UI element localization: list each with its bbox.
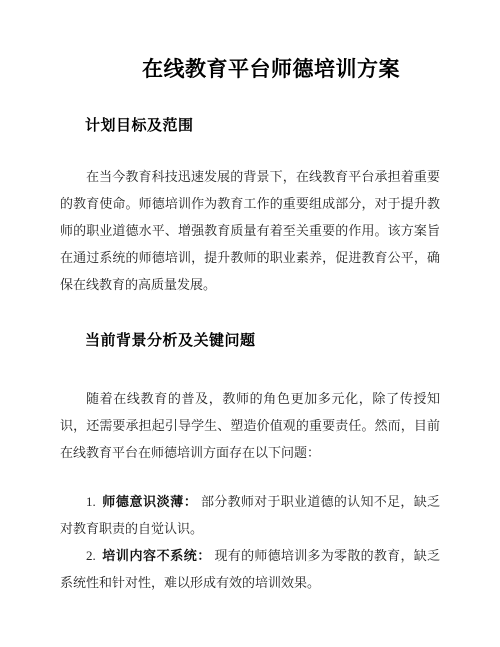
list-item-1-number: 1.: [86, 494, 96, 509]
list-item-2: 2. 培训内容不系统： 现有的师德培训多为零散的教育，缺乏系统性和针对性，难以形…: [60, 542, 440, 596]
list-item-1-term: 师德意识淡薄：: [102, 494, 197, 509]
list-item-1: 1. 师德意识淡薄： 部分教师对于职业道德的认知不足，缺乏对教育职责的自觉认识。: [60, 488, 440, 542]
list-item-2-number: 2.: [86, 548, 96, 563]
list-item-2-term: 培训内容不系统：: [102, 548, 211, 563]
document-page: 在线教育平台师德培训方案 计划目标及范围 在当今教育科技迅速发展的背景下，在线教…: [0, 0, 500, 647]
section-heading-goals: 计划目标及范围: [60, 116, 440, 136]
paragraph-goals: 在当今教育科技迅速发展的背景下，在线教育平台承担着重要的教育使命。师德培训作为教…: [60, 163, 440, 298]
section-heading-background: 当前背景分析及关键问题: [60, 331, 440, 351]
document-title: 在线教育平台师德培训方案: [60, 57, 440, 83]
paragraph-background: 随着在线教育的普及，教师的角色更加多元化，除了传授知识，还需要承担起引导学生、塑…: [60, 385, 440, 466]
